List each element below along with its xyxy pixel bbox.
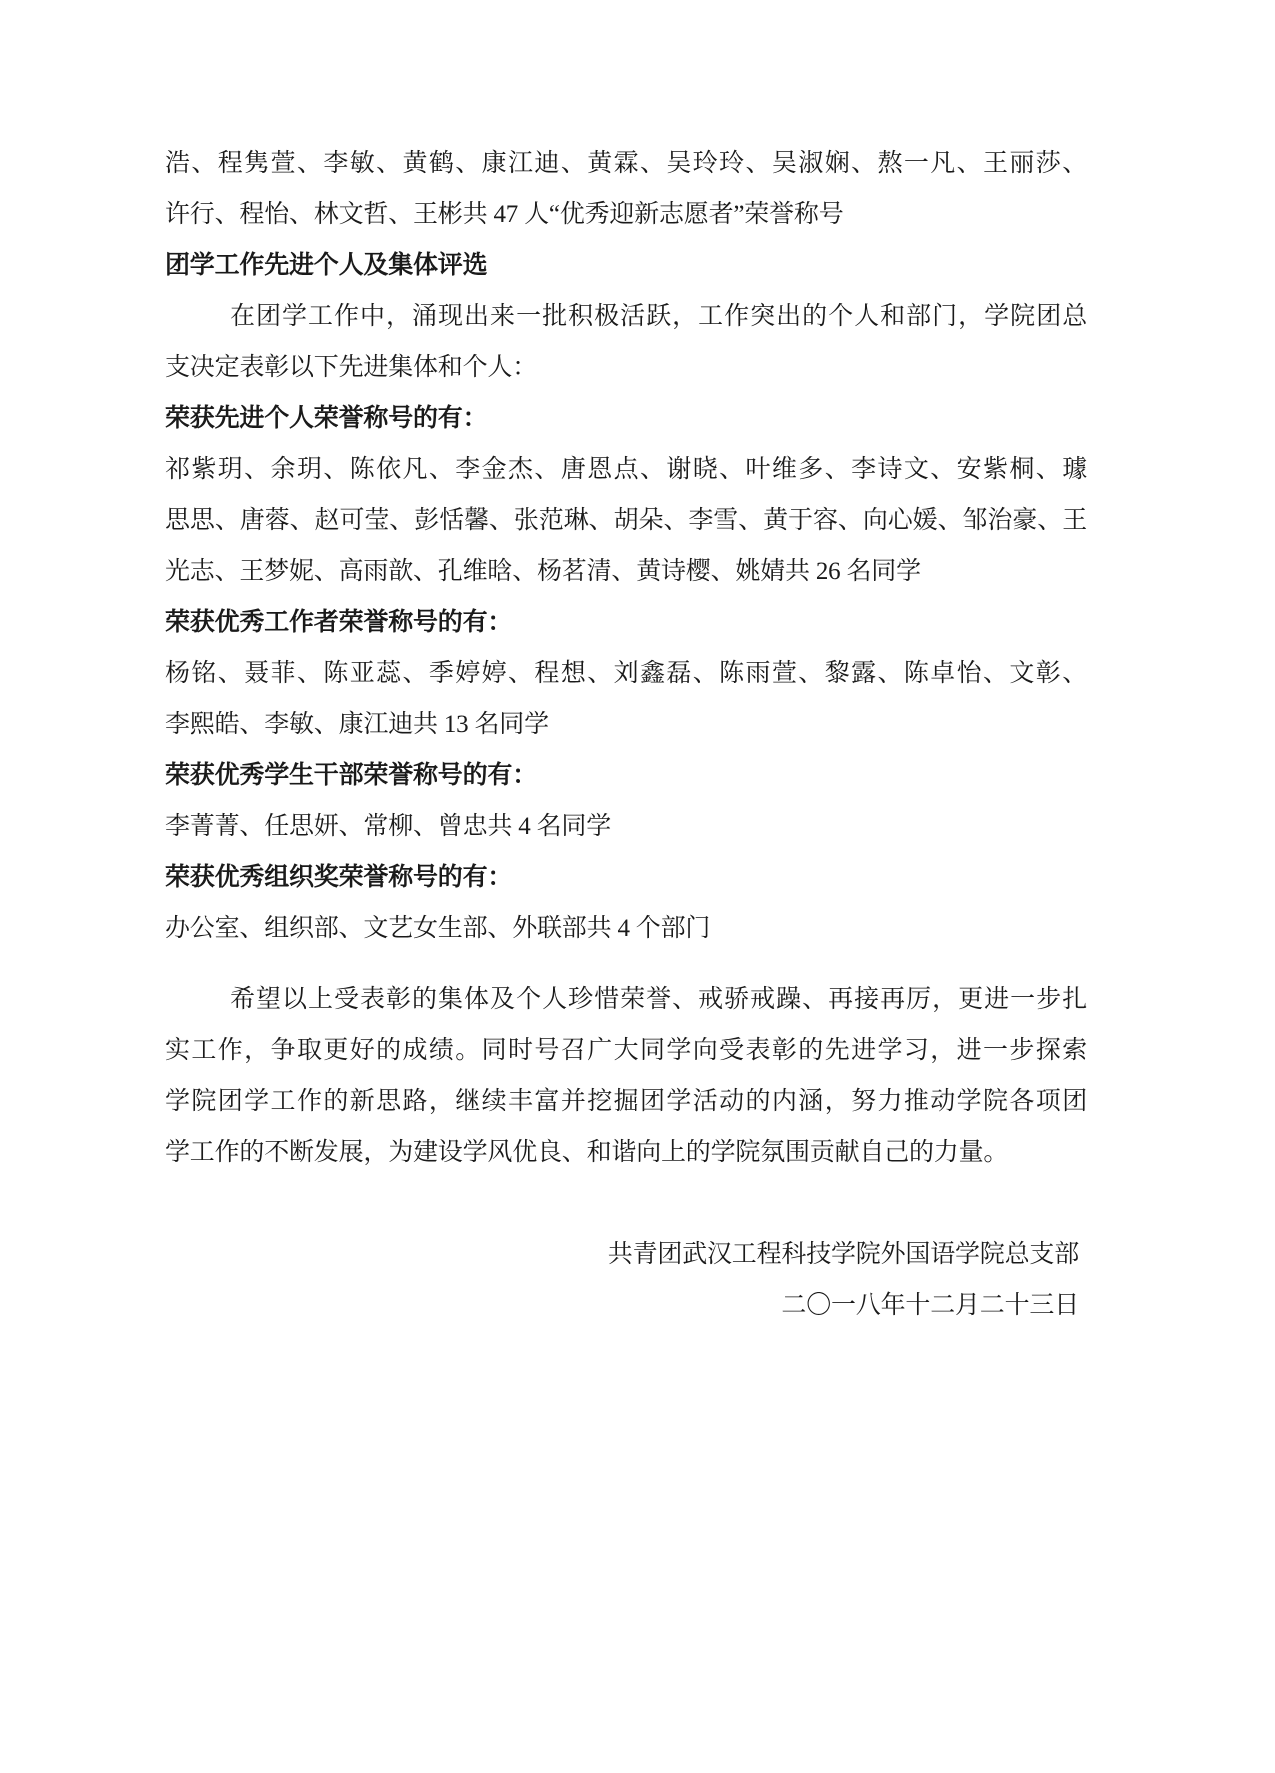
doc-line-worker-names-2: 李熙皓、李敏、康江迪共 13 名同学 bbox=[165, 699, 1087, 750]
signature-date: 二〇一八年十二月二十三日 bbox=[165, 1280, 1087, 1331]
doc-line-closing-4: 学工作的不断发展，为建设学风优良、和谐向上的学院氛围贡献自己的力量。 bbox=[165, 1127, 1087, 1178]
doc-line-intro-2: 支决定表彰以下先进集体和个人： bbox=[165, 342, 1087, 393]
section-heading-advanced-individual: 荣获先进个人荣誉称号的有： bbox=[165, 393, 1087, 444]
doc-line-advanced-names-2: 思思、唐蓉、赵可莹、彭恬馨、张范琳、胡朵、李雪、黄于容、向心媛、邹治豪、王 bbox=[165, 495, 1087, 546]
doc-line-closing-2: 实工作，争取更好的成绩。同时号召广大同学向受表彰的先进学习，进一步探索 bbox=[165, 1025, 1087, 1076]
doc-line-names-volunteers-2: 许行、程怡、林文哲、王彬共 47 人“优秀迎新志愿者”荣誉称号 bbox=[165, 189, 1087, 240]
section-heading-organization-award: 荣获优秀组织奖荣誉称号的有： bbox=[165, 852, 1087, 903]
document-page: 浩、程隽萱、李敏、黄鹤、康江迪、黄霖、吴玲玲、吴淑娴、熬一凡、王丽莎、 许行、程… bbox=[0, 0, 1275, 1773]
section-heading-student-cadre: 荣获优秀学生干部荣誉称号的有： bbox=[165, 750, 1087, 801]
document-body: 浩、程隽萱、李敏、黄鹤、康江迪、黄霖、吴玲玲、吴淑娴、熬一凡、王丽莎、 许行、程… bbox=[165, 138, 1087, 1331]
doc-line-advanced-names-3: 光志、王梦妮、高雨歆、孔维晗、杨茗清、黄诗樱、姚婧共 26 名同学 bbox=[165, 546, 1087, 597]
section-heading-excellent-worker: 荣获优秀工作者荣誉称号的有： bbox=[165, 597, 1087, 648]
doc-line-departments: 办公室、组织部、文艺女生部、外联部共 4 个部门 bbox=[165, 903, 1087, 954]
doc-line-names-volunteers-1: 浩、程隽萱、李敏、黄鹤、康江迪、黄霖、吴玲玲、吴淑娴、熬一凡、王丽莎、 bbox=[165, 138, 1087, 189]
section-heading-league-work: 团学工作先进个人及集体评选 bbox=[165, 240, 1087, 291]
signature-organization: 共青团武汉工程科技学院外国语学院总支部 bbox=[165, 1229, 1087, 1280]
doc-line-closing-3: 学院团学工作的新思路，继续丰富并挖掘团学活动的内涵，努力推动学院各项团 bbox=[165, 1076, 1087, 1127]
doc-line-advanced-names-1: 祁紫玥、余玥、陈依凡、李金杰、唐恩点、谢晓、叶维多、李诗文、安紫桐、璩 bbox=[165, 444, 1087, 495]
doc-line-worker-names-1: 杨铭、聂菲、陈亚蕊、季婷婷、程想、刘鑫磊、陈雨萱、黎露、陈卓怡、文彰、 bbox=[165, 648, 1087, 699]
doc-line-intro-1: 在团学工作中，涌现出来一批积极活跃，工作突出的个人和部门，学院团总 bbox=[165, 291, 1087, 342]
doc-line-cadre-names: 李菁菁、任思妍、常柳、曾忠共 4 名同学 bbox=[165, 801, 1087, 852]
doc-line-closing-1: 希望以上受表彰的集体及个人珍惜荣誉、戒骄戒躁、再接再厉，更进一步扎 bbox=[165, 974, 1087, 1025]
